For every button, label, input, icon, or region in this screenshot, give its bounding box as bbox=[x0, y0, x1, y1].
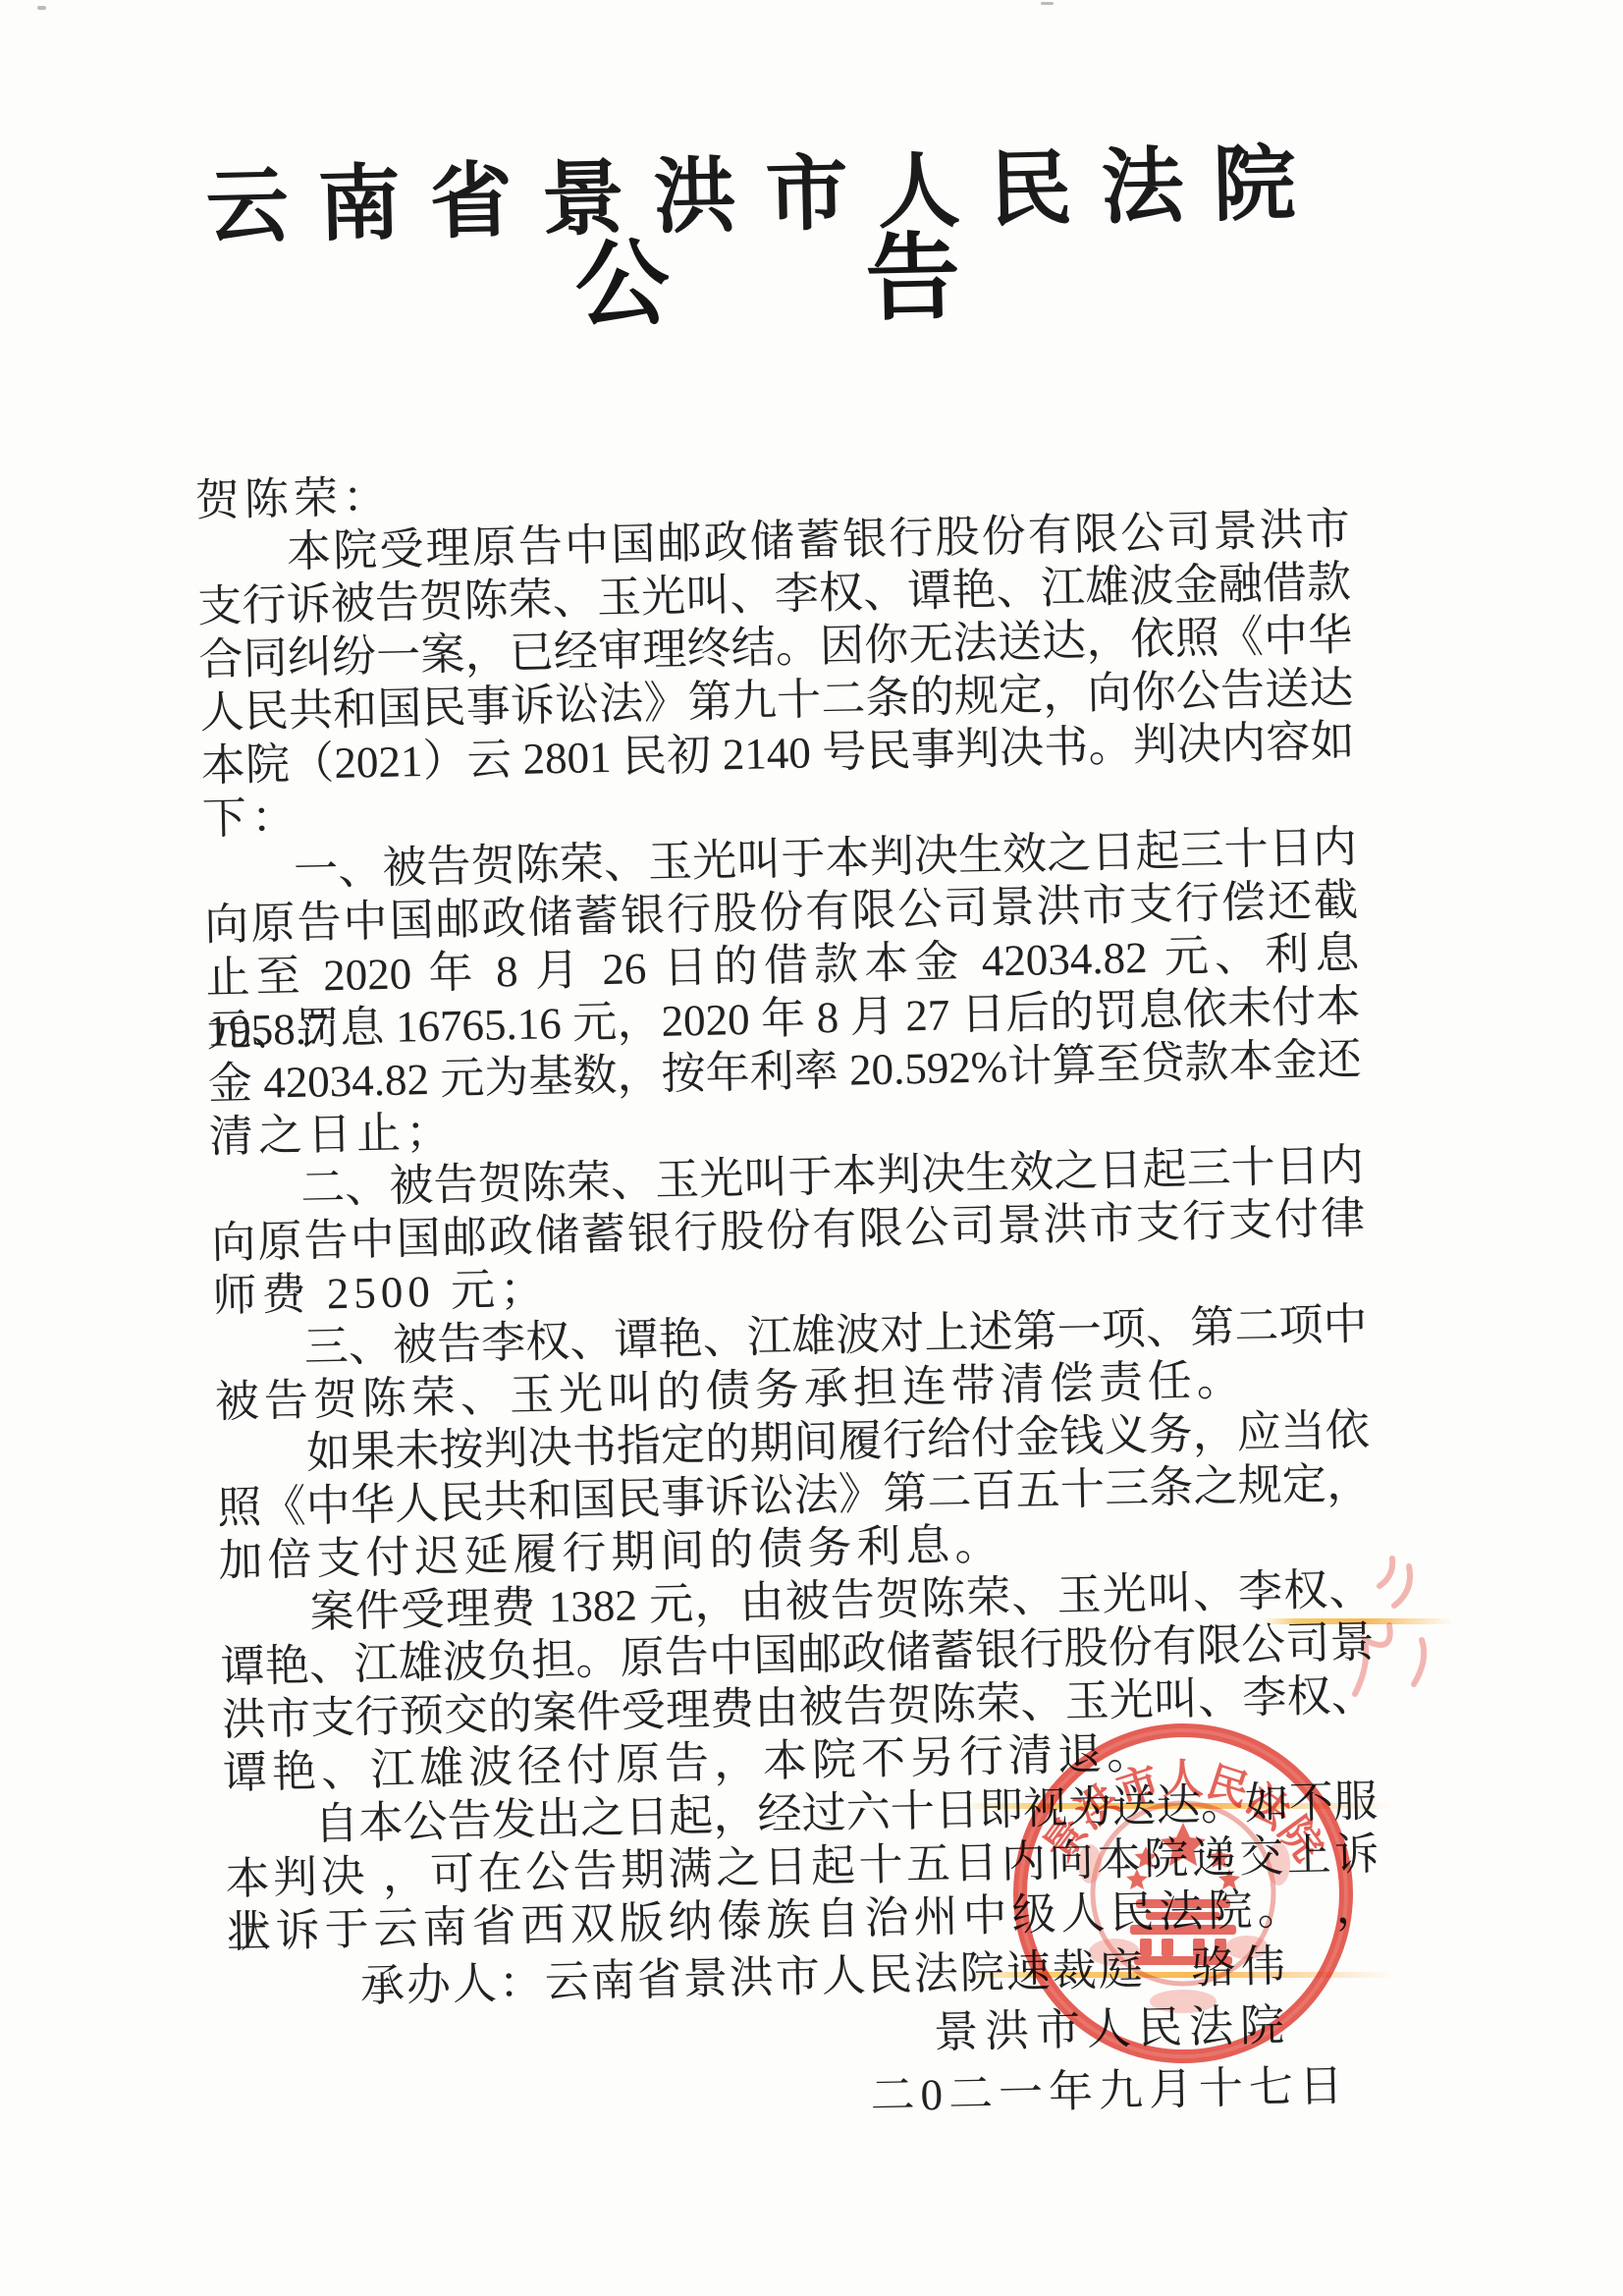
scan-speck bbox=[1041, 2, 1054, 5]
scanner-streak bbox=[962, 1972, 1394, 1978]
stamp-bleed-fragment bbox=[1335, 1547, 1443, 1714]
scanned-court-notice-page: 云南省景洪市人民法院 公告 贺陈荣：本院受理原告中国邮政储蓄银行股份有限公司景洪… bbox=[0, 0, 1623, 2296]
scan-speck bbox=[37, 6, 46, 10]
document-content: 云南省景洪市人民法院 公告 贺陈荣：本院受理原告中国邮政储蓄银行股份有限公司景洪… bbox=[188, 126, 1341, 151]
scanner-streak bbox=[962, 1803, 1394, 1809]
scanner-streak bbox=[1262, 1618, 1453, 1624]
court-seal-stamp: 景洪市人民法院 bbox=[997, 1707, 1370, 2080]
